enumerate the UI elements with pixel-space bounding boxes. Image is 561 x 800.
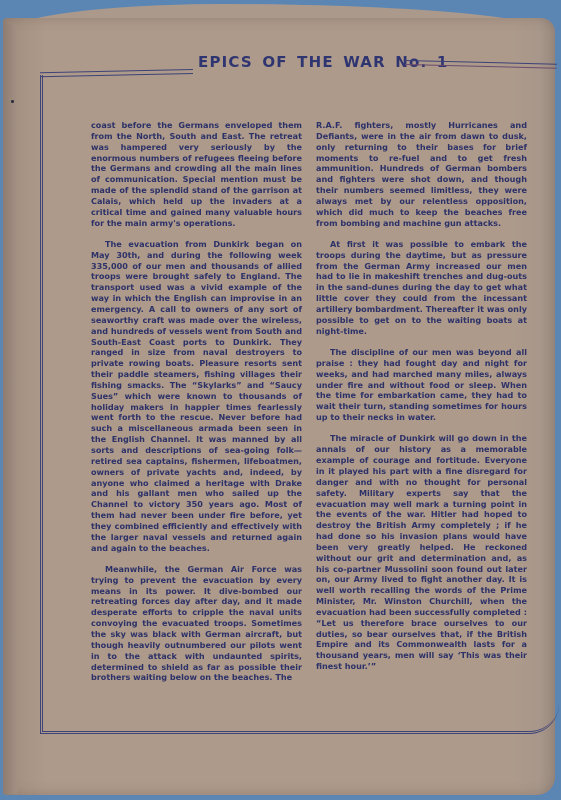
ink-speck — [11, 100, 14, 103]
paragraph: At first it was possible to embark the t… — [316, 239, 527, 337]
page-header: EPICS OF THE WAR No. 1 — [0, 50, 561, 76]
right-column: R.A.F. fighters, mostly Hurricanes and D… — [316, 120, 527, 694]
paragraph: R.A.F. fighters, mostly Hurricanes and D… — [316, 120, 527, 228]
paragraph: Meanwhile, the German Air Force was tryi… — [91, 564, 302, 683]
paragraph: The discipline of our men was beyond all… — [316, 347, 527, 423]
paragraph: The miracle of Dunkirk will go down in t… — [316, 433, 527, 672]
paragraph: coast before the Germans enveloped them … — [91, 120, 302, 228]
left-column: coast before the Germans enveloped them … — [91, 120, 302, 694]
page-spine — [3, 24, 17, 794]
article-body: coast before the Germans enveloped them … — [91, 120, 527, 694]
paragraph: The evacuation from Dunkirk began on May… — [91, 239, 302, 553]
